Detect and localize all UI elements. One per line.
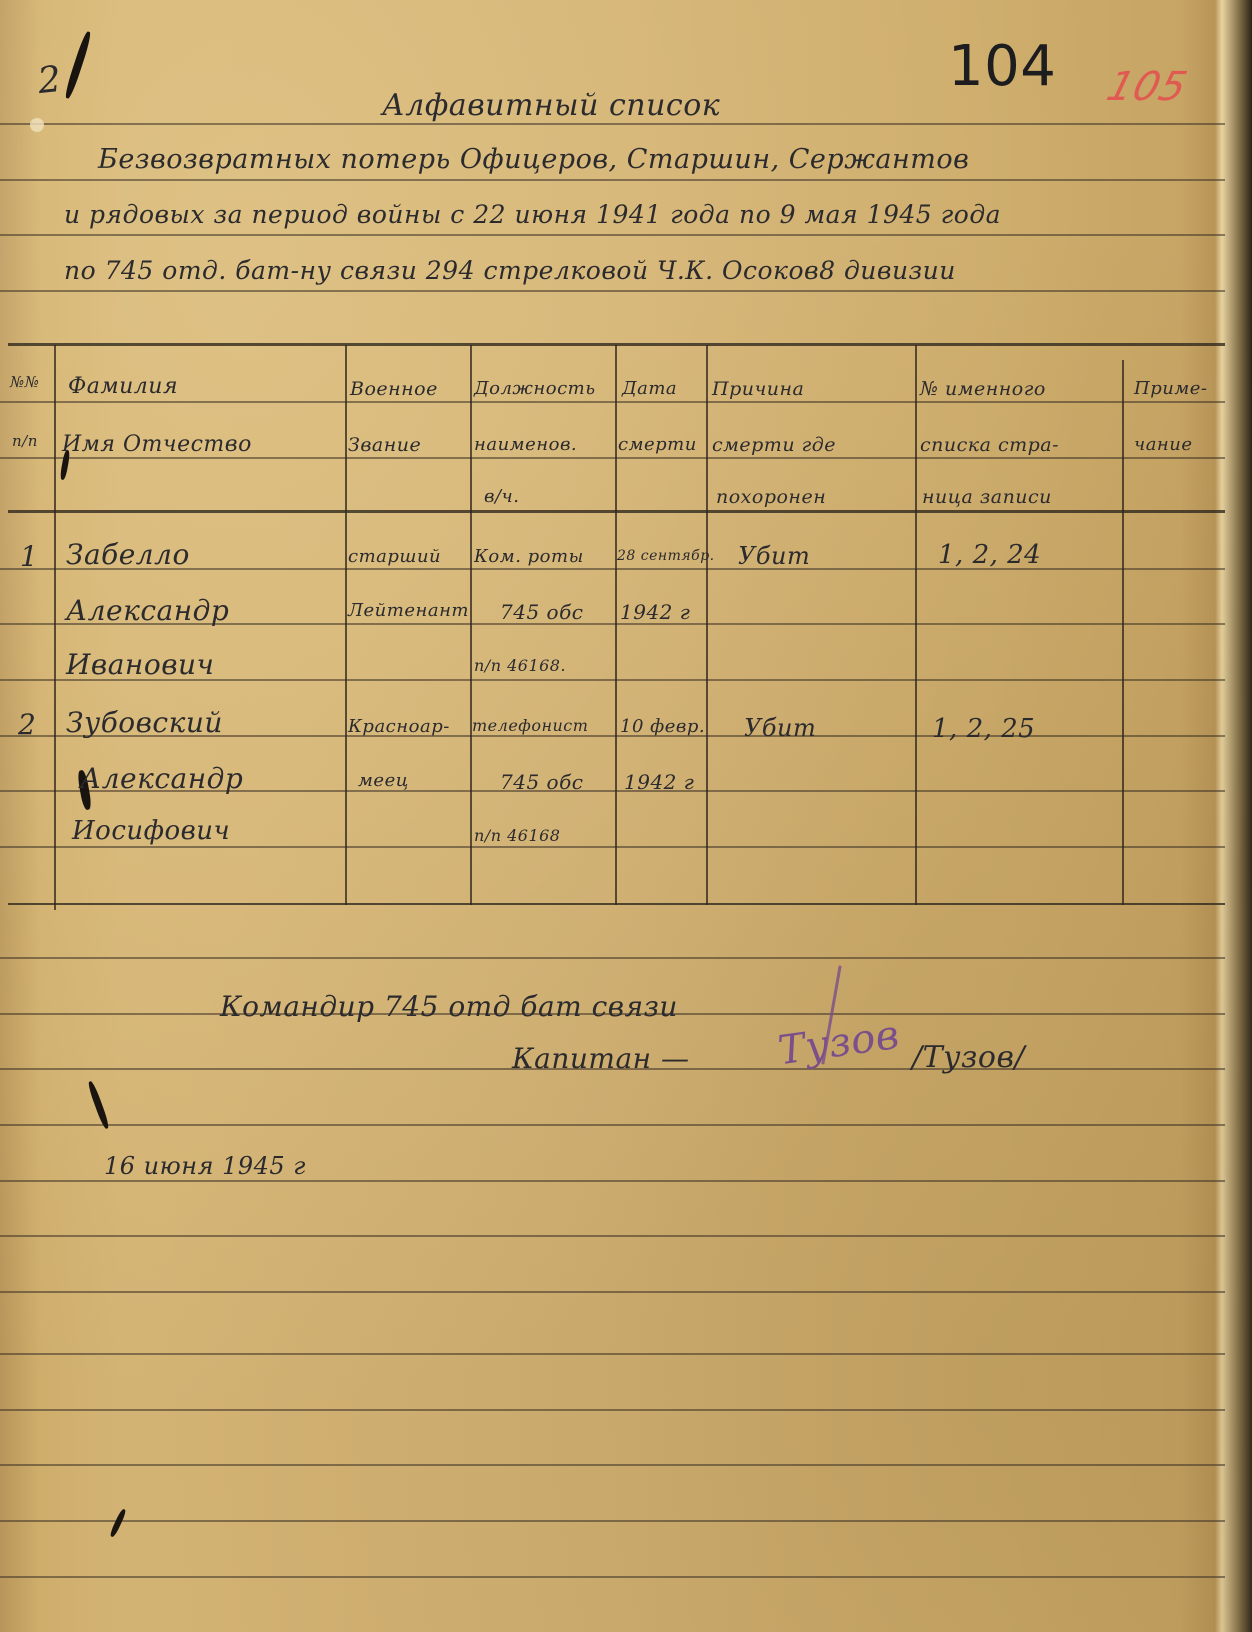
patronymic: Иванович (66, 648, 214, 681)
archival-document-page: 2 104 105 Алфавитный список Безвозвратны… (0, 0, 1252, 1632)
ruled-line (0, 1291, 1225, 1293)
header-date: смерти (618, 434, 697, 455)
header-num: №№ (10, 373, 39, 391)
ruled-line (0, 234, 1225, 236)
death-year: 1942 г (620, 600, 690, 624)
ruled-line (0, 846, 1225, 848)
folio-number-black: 104 (948, 34, 1056, 99)
death-date: 28 сентябр. (617, 548, 715, 564)
commander-rank: Капитан — (512, 1042, 690, 1075)
header-position: наименов. (474, 434, 577, 455)
ruled-line (0, 457, 1225, 459)
ruled-line (0, 1180, 1225, 1182)
paper-tear (87, 1080, 111, 1129)
col-divider (54, 345, 56, 910)
header-name: Имя Отчество (62, 432, 252, 457)
position: телефонист (472, 716, 588, 735)
death-year: 1942 г (624, 770, 694, 794)
unit: 745 обс (500, 600, 583, 624)
document-title: Алфавитный список (382, 88, 720, 123)
list-reference: 1, 2, 25 (932, 714, 1035, 744)
row-number: 2 (18, 708, 36, 741)
header-note: чание (1134, 434, 1193, 455)
commander-title: Командир 745 отд бат связи (220, 990, 678, 1023)
rank: старший (348, 546, 441, 567)
ruled-line (0, 1464, 1225, 1466)
col-divider (1122, 360, 1124, 905)
surname: Зубовский (66, 706, 223, 739)
patronymic: Иосифович (72, 816, 230, 846)
first-name: Александр (80, 762, 243, 795)
header-list-ref: ница записи (922, 486, 1052, 508)
col-divider (470, 345, 472, 905)
header-position: в/ч. (484, 486, 519, 507)
col-divider (706, 345, 708, 905)
ruled-line (0, 1409, 1225, 1411)
death-cause: Убит (744, 714, 816, 742)
col-divider (615, 345, 617, 905)
ruled-line (0, 123, 1225, 125)
surname: Забелло (66, 538, 190, 571)
row-number: 1 (20, 540, 38, 573)
subtitle-line-2: и рядовых за период войны с 22 июня 1941… (64, 200, 1001, 229)
header-rank: Военное (350, 378, 438, 400)
rank: меец (358, 770, 409, 791)
ruled-line (0, 957, 1225, 959)
header-num: п/п (12, 432, 38, 450)
rank: Красноар- (348, 716, 450, 737)
list-reference: 1, 2, 24 (938, 540, 1041, 570)
col-divider (345, 345, 347, 905)
paper-tear (109, 1508, 127, 1538)
header-note: Приме- (1134, 378, 1207, 399)
ruled-line (0, 1353, 1225, 1355)
ruled-line (0, 1576, 1225, 1578)
subtitle-line-1: Безвозвратных потерь Офицеров, Старшин, … (98, 144, 969, 175)
header-cause: смерти где (712, 434, 836, 456)
ruled-line (0, 401, 1225, 403)
handwritten-signature: Тузов (775, 1012, 902, 1074)
header-cause: Причина (712, 378, 804, 400)
header-list-ref: списка стра- (920, 434, 1059, 456)
commander-name: /Тузов/ (912, 1040, 1025, 1075)
field-post: п/п 46168. (474, 656, 566, 675)
header-list-ref: № именного (920, 378, 1046, 400)
death-cause: Убит (738, 542, 810, 570)
header-position: Должность (474, 378, 596, 399)
col-divider (915, 345, 917, 905)
rank: Лейтенант (348, 600, 469, 621)
folio-number-red: 105 (1102, 64, 1192, 110)
unit: 745 обс (500, 770, 583, 794)
subtitle-line-3: по 745 отд. бат-ну связи 294 стрелковой … (64, 256, 956, 285)
death-date: 10 февр. (620, 716, 705, 737)
corner-mark: 2 (36, 59, 64, 102)
ruled-line (0, 179, 1225, 181)
document-date: 16 июня 1945 г (104, 1152, 306, 1180)
header-cause: похоронен (716, 486, 826, 508)
paper-tear (63, 30, 92, 99)
first-name: Александр (66, 594, 229, 627)
ruled-line (0, 1235, 1225, 1237)
paper-hole (30, 118, 44, 132)
ruled-line (0, 290, 1225, 292)
ruled-line (0, 1520, 1225, 1522)
field-post: п/п 46168 (474, 826, 560, 845)
ruled-line (0, 1124, 1225, 1126)
header-name: Фамилия (68, 374, 178, 399)
header-date: Дата (622, 378, 677, 399)
position: Ком. роты (474, 546, 584, 567)
header-rank: Звание (348, 434, 421, 456)
